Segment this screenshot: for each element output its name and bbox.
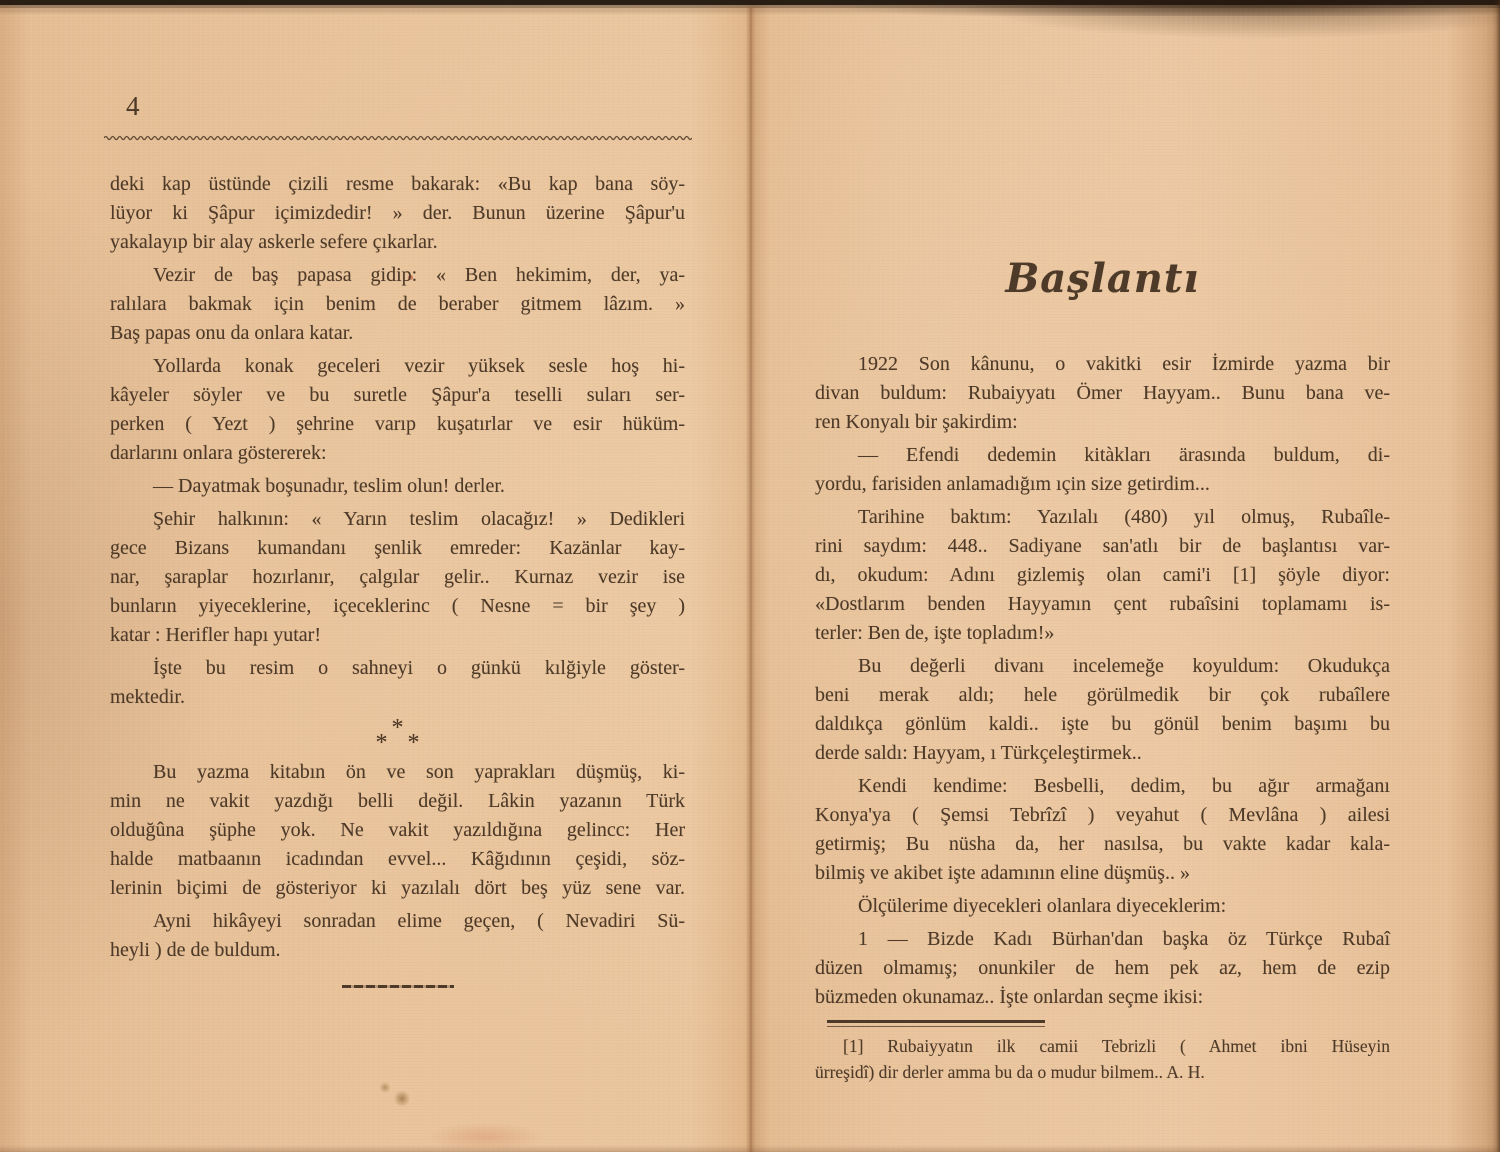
text-line: perken ( Yezt ) şehrine varıp kuşatırlar… xyxy=(110,410,685,439)
paragraph: Kendi kendime: Besbelli, dedim, bu ağır … xyxy=(815,772,1390,888)
asterism-bottom: * * xyxy=(110,731,685,755)
right-page: Başlantı 1922 Son kânunu, o vakitki esir… xyxy=(815,240,1390,1085)
left-page: 4 deki kap üstünde çizili resme bakarak:… xyxy=(110,88,685,988)
paragraph: — Dayatmak boşunadır, teslim olun! derle… xyxy=(110,472,685,501)
text-line: divan buldum: Rubaiyyatı Ömer Hayyam.. B… xyxy=(815,379,1390,408)
paragraph: Ölçülerime diyecekleri olanlara diyecekl… xyxy=(815,892,1390,921)
text-line: halde matbaanın icadından evvel... Kâğıd… xyxy=(110,845,685,874)
text-line: büzmeden okunamaz.. İşte onlardan seçme … xyxy=(815,983,1390,1012)
text-line: 1 — Bizde Kadı Bürhan'dan başka öz Türkç… xyxy=(815,925,1390,954)
page-number: 4 xyxy=(126,92,140,121)
text-line: gece Bizans kumandanı şenlik emreder: Ka… xyxy=(110,534,685,563)
text-line: darlarını onlara göstererek: xyxy=(110,439,685,468)
text-line: ralılara bakmak için benim de beraber gi… xyxy=(110,290,685,319)
text-line: Kendi kendime: Besbelli, dedim, bu ağır … xyxy=(815,772,1390,801)
text-line: lerinin biçimi de gösteriyor ki yazılalı… xyxy=(110,874,685,903)
footnote-line: ürreşidî) dir derler amma bu da o mudur … xyxy=(815,1059,1390,1085)
header-rule xyxy=(104,132,692,142)
text-line: getirmiş; Bu nüsha da, her nasılsa, bu v… xyxy=(815,830,1390,859)
paragraph: 1922 Son kânunu, o vakitki esir İzmirde … xyxy=(815,350,1390,437)
paper-stain xyxy=(379,1082,391,1093)
paragraph: Bu yazma kitabın ön ve son yaprakları dü… xyxy=(110,758,685,903)
text-line: bilmiş ve akibet işte adamının eline düş… xyxy=(815,859,1390,888)
chapter-heading: Başlantı xyxy=(815,254,1390,304)
paragraph: Yollarda konak geceleri vezir yüksek ses… xyxy=(110,352,685,468)
paragraph: deki kap üstünde çizili resme bakarak: «… xyxy=(110,170,685,257)
paragraph: Bu değerli divanı incelemeğe koyuldum: O… xyxy=(815,652,1390,768)
text-line: terler: Ben de, işte topladım!» xyxy=(815,619,1390,648)
text-line: — Efendi dedemin kitàkları ärasında buld… xyxy=(815,441,1390,470)
text-line: beni merak aldı; hele görülmedik bir çok… xyxy=(815,681,1390,710)
footnote: [1] Rubaiyyatın ilk camii Tebrizli ( Ahm… xyxy=(815,1033,1390,1085)
paragraph: Tarihine baktım: Yazılalı (480) yıl olmu… xyxy=(815,503,1390,648)
text-line: düzen olmamış; onunkiler de hem pek az, … xyxy=(815,954,1390,983)
text-line: Tarihine baktım: Yazılalı (480) yıl olmu… xyxy=(815,503,1390,532)
text-line: Ölçülerime diyecekleri olanlara diyecekl… xyxy=(815,892,1390,921)
paragraph: Ayni hikâyeyi sonradan elime geçen, ( Ne… xyxy=(110,907,685,965)
text-line: 1922 Son kânunu, o vakitki esir İzmirde … xyxy=(815,350,1390,379)
text-line: rini saydım: 448.. Sadiyane san'atlı bir… xyxy=(815,532,1390,561)
paragraph: Vezir de baş papasa gidip: « Ben hekimim… xyxy=(110,261,685,348)
text-line: deki kap üstünde çizili resme bakarak: «… xyxy=(110,170,685,199)
text-line: bunların yiyeceklerine, içeceklerinc ( N… xyxy=(110,592,685,621)
text-line: katar : Herifler hapı yutar! xyxy=(110,621,685,650)
text-line: derde saldı: Hayyam, ı Türkçeleştirmek.. xyxy=(815,739,1390,768)
text-line: yordu, farisiden anlamadığım ıçin size g… xyxy=(815,470,1390,499)
page-gutter-fold xyxy=(746,8,756,1152)
text-line: Yollarda konak geceleri vezir yüksek ses… xyxy=(110,352,685,381)
text-line: Konya'ya ( Şemsi Tebrîzî ) veyahut ( Mev… xyxy=(815,801,1390,830)
text-line: daldıkça gönlüm kaldi.. işte bu gönül be… xyxy=(815,710,1390,739)
text-line: min ne vakit yazdığı belli değil. Lâkin … xyxy=(110,787,685,816)
paper-stain xyxy=(394,1090,410,1107)
paragraph: — Efendi dedemin kitàkları ärasında buld… xyxy=(815,441,1390,499)
paragraph: İşte bu resim o sahneyi o günkü kılğiyle… xyxy=(110,654,685,712)
text-line: Ayni hikâyeyi sonradan elime geçen, ( Ne… xyxy=(110,907,685,936)
text-line: kâyeler söyler ve bu suretle Şâpur'a tes… xyxy=(110,381,685,410)
text-line: lüyor ki Şâpur içimizdedir! » der. Bunun… xyxy=(110,199,685,228)
text-line: Vezir de baş papasa gidip: « Ben hekimim… xyxy=(110,261,685,290)
text-line: dı, okudum: Adını gizlemiş olan cami'i [… xyxy=(815,561,1390,590)
footnote-separator xyxy=(827,1020,1045,1027)
text-line: heyli ) de de buldum. xyxy=(110,936,685,965)
text-line: İşte bu resim o sahneyi o günkü kılğiyle… xyxy=(110,654,685,683)
text-line: Bu yazma kitabın ön ve son yaprakları dü… xyxy=(110,758,685,787)
book-scan: 4 deki kap üstünde çizili resme bakarak:… xyxy=(0,0,1500,1152)
asterism-divider: * * * xyxy=(110,716,685,756)
text-line: Şehir halkının: « Yarın teslim olacağız!… xyxy=(110,505,685,534)
text-line: nar, şaraplar hozırlanır, çalgılar gelir… xyxy=(110,563,685,592)
text-line: Baş papas onu da onlara katar. xyxy=(110,319,685,348)
page-header: 4 xyxy=(110,88,685,170)
text-line: olduğûna şüphe yok. Ne vakit yazıldığına… xyxy=(110,816,685,845)
text-line: yakalayıp bir alay askerle sefere çıkarl… xyxy=(110,228,685,257)
footnote-line: [1] Rubaiyyatın ilk camii Tebrizli ( Ahm… xyxy=(815,1033,1390,1059)
paragraph: 1 — Bizde Kadı Bürhan'dan başka öz Türkç… xyxy=(815,925,1390,1012)
paragraph: Şehir halkının: « Yarın teslim olacağız!… xyxy=(110,505,685,650)
text-line: Bu değerli divanı incelemeğe koyuldum: O… xyxy=(815,652,1390,681)
text-line: ren Konyalı bir şakirdim: xyxy=(815,408,1390,437)
text-line: mektedir. xyxy=(110,683,685,712)
section-end-rule xyxy=(342,985,454,988)
scan-right-edge xyxy=(1493,0,1500,1152)
text-line: — Dayatmak boşunadır, teslim olun! derle… xyxy=(110,472,685,501)
text-line: «Dostlarım benden Hayyamın çent rubaîsin… xyxy=(815,590,1390,619)
